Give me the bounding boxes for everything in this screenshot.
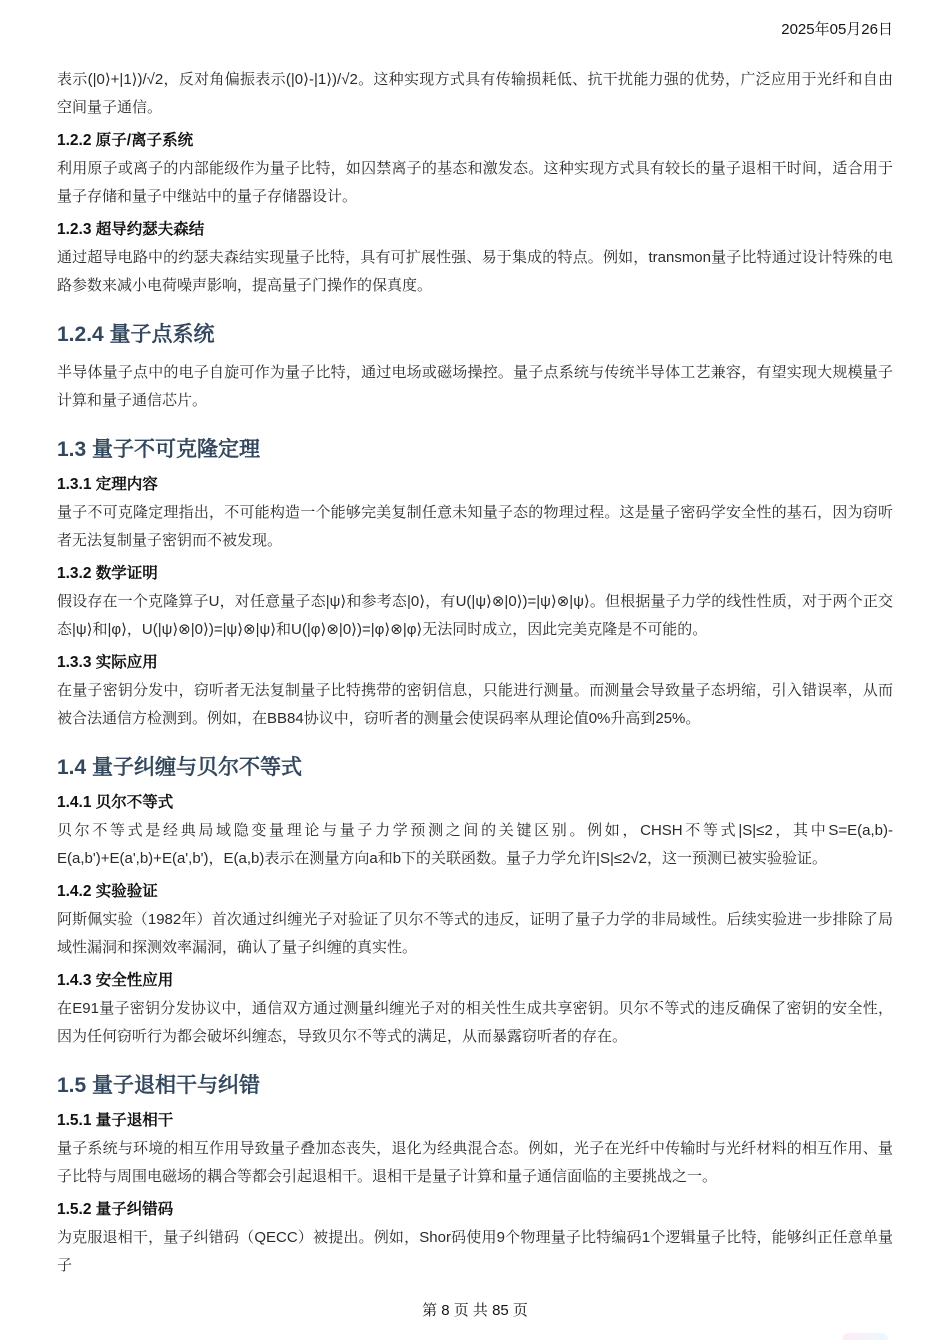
section-heading-1-2-2: 1.2.2 原子/离子系统 — [57, 130, 893, 152]
paragraph-1-5-1: 量子系统与环境的相互作用导致量子叠加态丧失，退化为经典混合态。例如，光子在光纤中… — [57, 1135, 893, 1191]
paragraph-1-4-3: 在E91量子密钥分发协议中，通信双方通过测量纠缠光子对的相关性生成共享密钥。贝尔… — [57, 995, 893, 1051]
section-heading-1-3-2: 1.3.2 数学证明 — [57, 563, 893, 585]
document-page: 2025年05月26日 表示(|0⟩+|1⟩)/√2，反对角偏振表示(|0⟩-|… — [0, 0, 950, 1340]
section-heading-1-5-2: 1.5.2 量子纠错码 — [57, 1199, 893, 1221]
paragraph-1-4-1: 贝尔不等式是经典局域隐变量理论与量子力学预测之间的关键区别。例如，CHSH不等式… — [57, 817, 893, 873]
paragraph-1-3-3: 在量子密钥分发中，窃听者无法复制量子比特携带的密钥信息，只能进行测量。而测量会导… — [57, 677, 893, 733]
paragraph-intro: 表示(|0⟩+|1⟩)/√2，反对角偏振表示(|0⟩-|1⟩)/√2。这种实现方… — [57, 66, 893, 122]
section-heading-1-4-1: 1.4.1 贝尔不等式 — [57, 792, 893, 814]
section-heading-1-4-3: 1.4.3 安全性应用 — [57, 970, 893, 992]
section-heading-1-4-2: 1.4.2 实验验证 — [57, 881, 893, 903]
section-heading-1-4: 1.4 量子纠缠与贝尔不等式 — [57, 753, 893, 783]
paragraph-1-5-2: 为克服退相干，量子纠错码（QECC）被提出。例如，Shor码使用9个物理量子比特… — [57, 1224, 893, 1280]
section-heading-1-3-3: 1.3.3 实际应用 — [57, 652, 893, 674]
page-number-footer: 第 8 页 共 85 页 — [0, 1299, 950, 1320]
paragraph-1-3-2: 假设存在一个克隆算子U，对任意量子态|ψ⟩和参考态|0⟩，有U(|ψ⟩⊗|0⟩)… — [57, 588, 893, 644]
paragraph-1-2-4: 半导体量子点中的电子自旋可作为量子比特，通过电场或磁场操控。量子点系统与传统半导… — [57, 359, 893, 415]
document-date: 2025年05月26日 — [57, 20, 893, 40]
paragraph-1-2-3: 通过超导电路中的约瑟夫森结实现量子比特，具有可扩展性强、易于集成的特点。例如，t… — [57, 244, 893, 300]
section-heading-1-5-1: 1.5.1 量子退相干 — [57, 1110, 893, 1132]
paragraph-1-4-2: 阿斯佩实验（1982年）首次通过纠缠光子对验证了贝尔不等式的违反，证明了量子力学… — [57, 906, 893, 962]
watermark-blob — [842, 1333, 888, 1340]
section-heading-1-5: 1.5 量子退相干与纠错 — [57, 1071, 893, 1101]
section-heading-1-2-4: 1.2.4 量子点系统 — [57, 320, 893, 350]
section-heading-1-2-3: 1.2.3 超导约瑟夫森结 — [57, 219, 893, 241]
section-heading-1-3: 1.3 量子不可克隆定理 — [57, 435, 893, 465]
paragraph-1-3-1: 量子不可克隆定理指出，不可能构造一个能够完美复制任意未知量子态的物理过程。这是量… — [57, 499, 893, 555]
paragraph-1-2-2: 利用原子或离子的内部能级作为量子比特，如囚禁离子的基态和激发态。这种实现方式具有… — [57, 155, 893, 211]
section-heading-1-3-1: 1.3.1 定理内容 — [57, 474, 893, 496]
